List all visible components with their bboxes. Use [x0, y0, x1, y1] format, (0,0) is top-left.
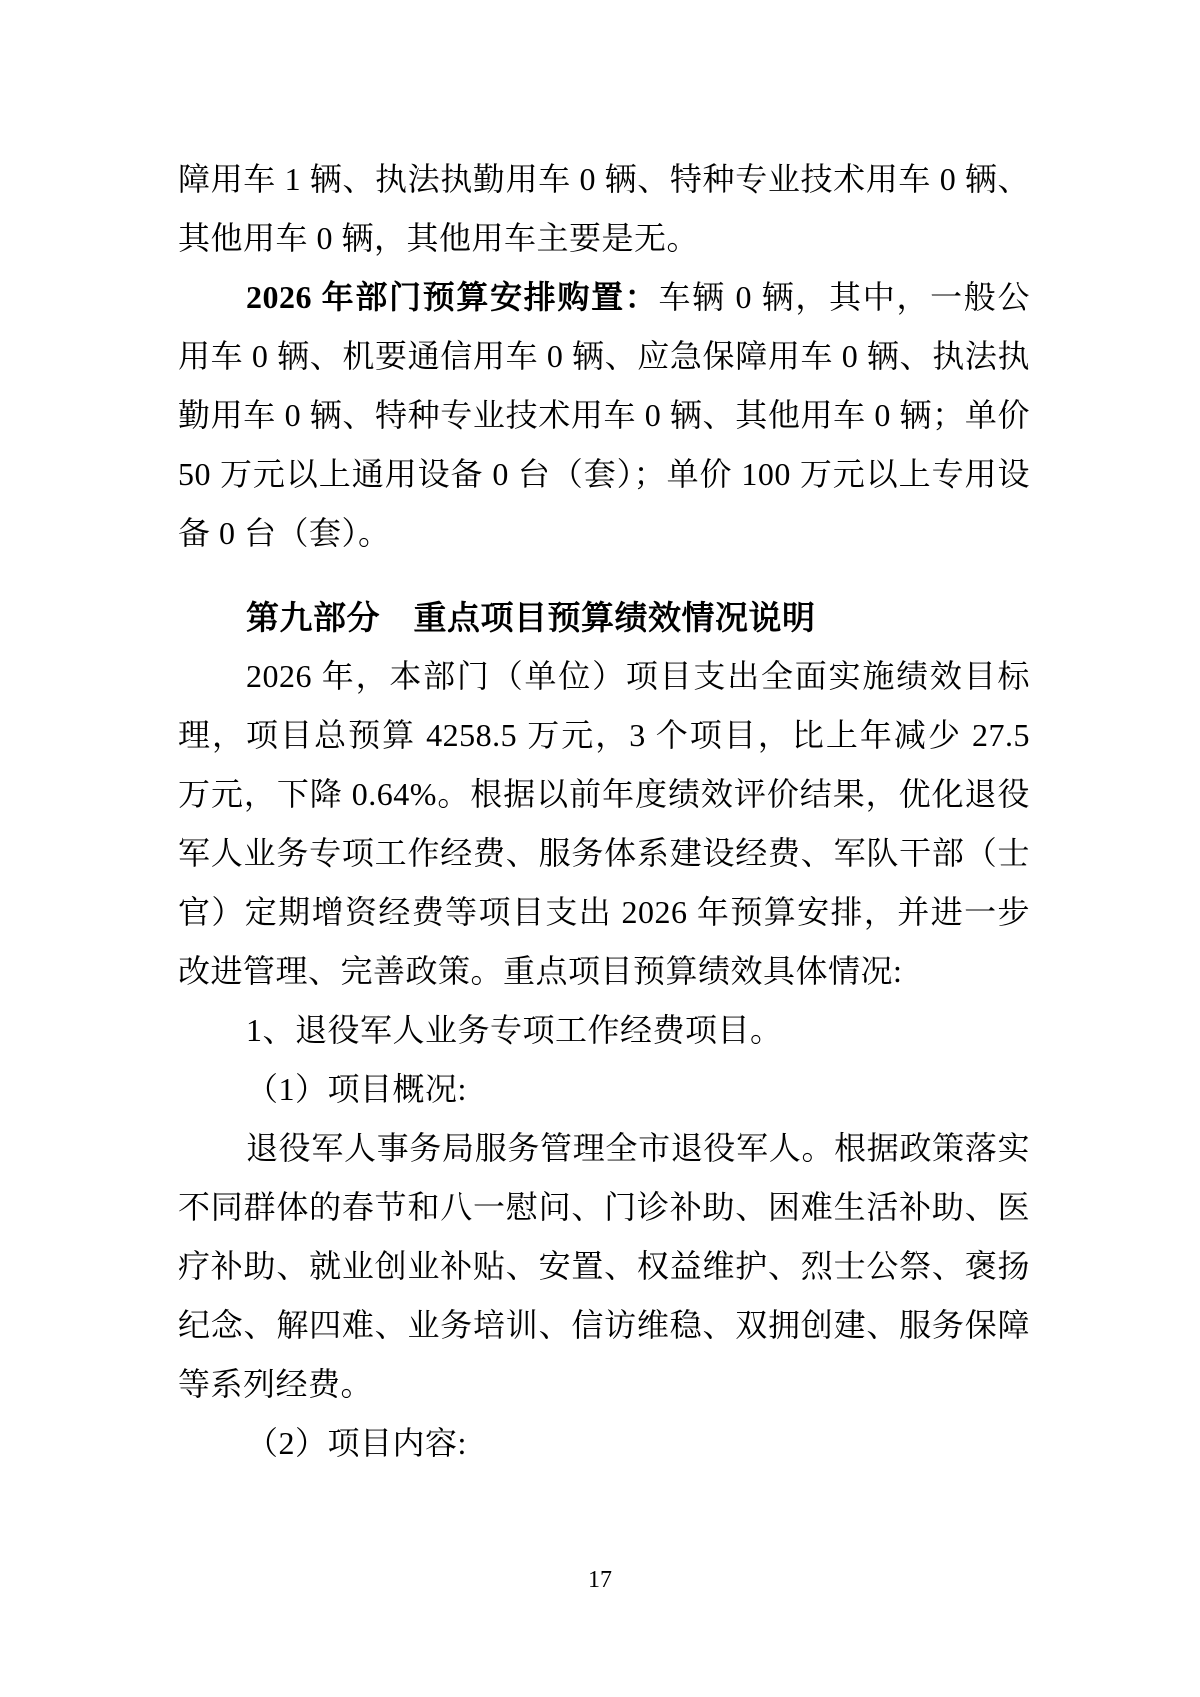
paragraph-line: 障用车 1 辆、执法执勤用车 0 辆、特种专业技术用车 0 辆、: [178, 150, 1030, 209]
bold-run: 2026 年部门预算安排购置：: [246, 279, 659, 315]
paragraph-line: 官）定期增资经费等项目支出 2026 年预算安排，并进一步: [178, 883, 1030, 942]
page-number: 17: [0, 1560, 1200, 1600]
paragraph-line: 不同群体的春节和八一慰问、门诊补助、困难生活补助、医: [178, 1178, 1030, 1237]
paragraph-line: 等系列经费。: [178, 1355, 1030, 1414]
paragraph-line: 理，项目总预算 4258.5 万元，3 个项目，比上年减少 27.5: [178, 706, 1030, 765]
list-item-line: （2）项目内容:: [178, 1414, 1030, 1473]
paragraph-line: 用车 0 辆、机要通信用车 0 辆、应急保障用车 0 辆、执法执: [178, 327, 1030, 386]
paragraph-line: 2026 年部门预算安排购置：车辆 0 辆，其中，一般公务: [178, 268, 1030, 327]
paragraph-line: 勤用车 0 辆、特种专业技术用车 0 辆、其他用车 0 辆；单价: [178, 386, 1030, 445]
list-item-line: 1、退役军人业务专项工作经费项目。: [178, 1001, 1030, 1060]
paragraph-line: 纪念、解四难、业务培训、信访维稳、双拥创建、服务保障: [178, 1296, 1030, 1355]
paragraph-line: 其他用车 0 辆，其他用车主要是无。: [178, 209, 1030, 268]
paragraph-line: 疗补助、就业创业补贴、安置、权益维护、烈士公祭、褒扬: [178, 1237, 1030, 1296]
paragraph-line: 军人业务专项工作经费、服务体系建设经费、军队干部（士: [178, 824, 1030, 883]
document-page: 障用车 1 辆、执法执勤用车 0 辆、特种专业技术用车 0 辆、 其他用车 0 …: [0, 0, 1200, 1697]
paragraph-line: 备 0 台（套）。: [178, 504, 1030, 563]
document-body: 障用车 1 辆、执法执勤用车 0 辆、特种专业技术用车 0 辆、 其他用车 0 …: [178, 150, 1030, 1473]
paragraph-line: 改进管理、完善政策。重点项目预算绩效具体情况:: [178, 942, 1030, 1001]
paragraph-line: 退役军人事务局服务管理全市退役军人。根据政策落实: [178, 1119, 1030, 1178]
paragraph-line: 2026 年，本部门（单位）项目支出全面实施绩效目标管: [178, 647, 1030, 706]
paragraph-line: 万元，下降 0.64%。根据以前年度绩效评价结果，优化退役: [178, 765, 1030, 824]
section-heading: 第九部分 重点项目预算绩效情况说明: [178, 588, 1030, 647]
paragraph-line: 50 万元以上通用设备 0 台（套）；单价 100 万元以上专用设: [178, 445, 1030, 504]
list-item-line: （1）项目概况:: [178, 1060, 1030, 1119]
